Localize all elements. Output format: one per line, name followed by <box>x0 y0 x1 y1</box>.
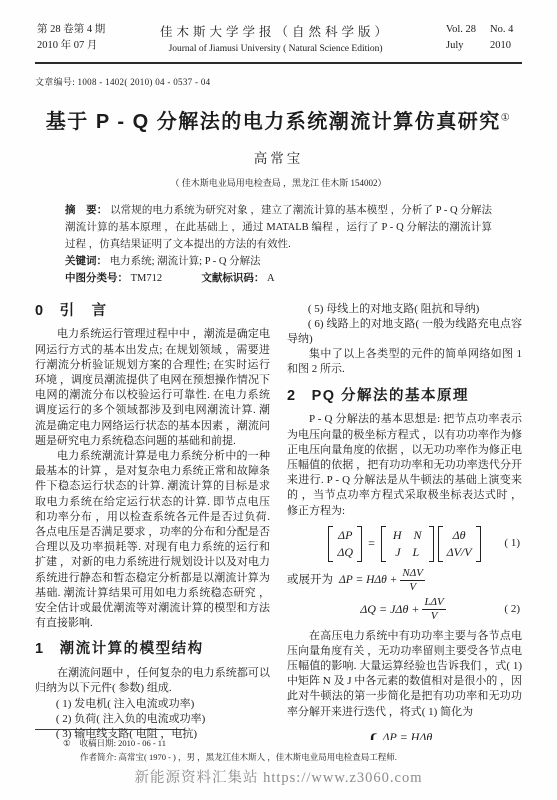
doc-code-label: 文献标识码： <box>201 272 264 284</box>
footnote-received-row: ① 收稿日期: 2010 - 06 - 11 <box>35 737 522 751</box>
title-footnote-mark: ① <box>501 112 511 123</box>
author-name: 高常宝 <box>35 147 522 167</box>
journal-name-en: Journal of Jiamusi University ( Natural … <box>111 44 440 54</box>
section-1-heading: 1 潮流计算的模型结构 <box>35 640 270 659</box>
section-2-number: 2 <box>287 387 297 406</box>
right-column: ( 5) 母线上的对地支路( 阻抗和导纳) ( 6) 线路上的对地支路( 一般为… <box>287 302 522 740</box>
author-affiliation: （ 佳木斯电业局用电检查局 ，黑龙江 佳木斯 154002） <box>35 176 522 189</box>
right-bracket <box>476 526 481 562</box>
eq1-matrix-n: N <box>414 528 422 543</box>
section-2-paragraph-1: P - Q 分解法的基本思想是: 把节点功率表示为电压向量的极坐标方程式 ，以有… <box>287 412 522 518</box>
eq1-lhs-vector: ΔP ΔQ <box>328 526 362 562</box>
journal-name-cn: 佳木斯大学学报（自然科学版） <box>111 22 440 40</box>
eq2-lhs-2: ΔQ = JΔθ + <box>360 602 419 617</box>
eq1-jacobian-matrix: H N J L <box>381 526 434 562</box>
article-number: 文章编号: 1008 - 1402( 2010) 04 - 0537 - 04 <box>35 75 522 88</box>
equation-2-number: ( 2) <box>504 603 520 617</box>
footnote-divider <box>35 729 185 730</box>
component-item-2: ( 2) 负荷( 注入负的电流或功率) <box>35 712 270 727</box>
left-column: 0 引 言 电力系统运行管理过程中中 ，潮流是确定电网运行方式的基本出发点; 在… <box>35 302 270 740</box>
section-2-title: PQ 分解法的基本原理 <box>312 387 469 406</box>
abstract-block: 摘 要： 以常规的电力系统为研究对象 ，建立了潮流计算的基本模型 ，分析了 P … <box>65 202 492 287</box>
volume-en: Vol. 28 <box>446 22 476 38</box>
eq2-fraction-2: LΔV V <box>422 596 445 623</box>
eq1-equals: = <box>368 536 375 551</box>
component-item-6: ( 6) 线路上的对地支路( 一般为线路充电点容导纳) <box>287 317 522 347</box>
eq1-delta-q: ΔQ <box>337 545 353 560</box>
issue-info-en: Vol. 28 No. 4 July 2010 <box>446 22 520 55</box>
eq2-frac2-denominator: V <box>422 610 445 623</box>
keywords-row: 关键词： 电力系统; 潮流计算; P - Q 分解法 <box>65 253 492 270</box>
section-2-paragraph-2: 在高压电力系统中有功功率主要与各节点电压向量角度有关 ，无功功率留则主要受各节点… <box>287 629 522 720</box>
clc-label: 中图分类号： <box>65 272 128 284</box>
article-title-text: 基于 P - Q 分解法的电力系统潮流计算仿真研究 <box>46 111 501 133</box>
section-0-paragraph-1: 电力系统运行管理过程中中 ，潮流是确定电网运行方式的基本出发点; 在规划领域 ，… <box>35 327 270 449</box>
section-0-heading: 0 引 言 <box>35 302 270 321</box>
section-1-paragraph-2: 集中了以上各类型的元件的简单网络如图 1 和图 2 所示. <box>287 347 522 377</box>
eq2-frac1-denominator: V <box>400 581 425 594</box>
right-bracket <box>357 526 362 562</box>
footnote-mark: ① <box>63 737 71 751</box>
keywords-label: 关键词： <box>65 255 107 267</box>
keywords-text: 电力系统; 潮流计算; P - Q 分解法 <box>110 256 261 267</box>
eq2-lhs-1: ΔP = HΔθ + <box>339 573 397 588</box>
section-0-paragraph-2: 电力系统潮流计算是电力系统分析中的一种最基本的计算 ，是对复杂电力系统正常和故障… <box>35 449 270 631</box>
eq1-delta-v: ΔV/V <box>447 545 472 560</box>
eq2-frac1-numerator: NΔV <box>400 567 425 581</box>
journal-masthead: 第 28 卷第 4 期 2010 年 07 月 佳木斯大学学报（自然科学版） J… <box>35 22 522 64</box>
month-en: July <box>446 38 476 54</box>
equation-1: ΔP ΔQ = H N J L <box>287 526 522 562</box>
equation-1-number: ( 1) <box>504 537 520 551</box>
section-0-title: 引 言 <box>60 302 108 321</box>
classification-row: 中图分类号： TM712 文献标识码： A <box>65 270 492 287</box>
issue-info-cn: 第 28 卷第 4 期 2010 年 07 月 <box>37 22 105 55</box>
eq2-prefix: 或展开为 <box>287 573 333 588</box>
doc-code-value: A <box>267 273 275 284</box>
eq1-delta-p: ΔP <box>338 528 352 543</box>
equation-2-line-2: ΔQ = JΔθ + LΔV V ( 2) <box>287 596 522 623</box>
author-bio: 作者简介: 高常宝( 1970 - ) ，男 ，黑龙江佳木斯人 ，佳木斯电业局用… <box>35 751 522 765</box>
component-item-1: ( 1) 发电机( 注入电流或功率) <box>35 697 270 712</box>
issue-volume-cn: 第 28 卷第 4 期 <box>37 22 105 38</box>
eq1-delta-theta: Δθ <box>453 528 466 543</box>
journal-name: 佳木斯大学学报（自然科学版） Journal of Jiamusi Univer… <box>105 22 446 54</box>
received-date: 收稿日期: 2010 - 06 - 11 <box>80 737 166 751</box>
abstract-row: 摘 要： 以常规的电力系统为研究对象 ，建立了潮流计算的基本模型 ，分析了 P … <box>65 202 492 253</box>
section-1-title: 潮流计算的模型结构 <box>60 640 204 659</box>
article-title: 基于 P - Q 分解法的电力系统潮流计算仿真研究① <box>35 105 522 134</box>
number-en: No. 4 <box>490 22 520 38</box>
section-0-number: 0 <box>35 302 45 321</box>
abstract-text: 以常规的电力系统为研究对象 ，建立了潮流计算的基本模型 ，分析了 P - Q 分… <box>65 205 492 250</box>
right-bracket <box>429 526 434 562</box>
year-en: 2010 <box>490 38 520 54</box>
section-2-heading: 2 PQ 分解法的基本原理 <box>287 387 522 406</box>
watermark-text: 新能源资料汇集站 https://www.z3060.com <box>0 766 557 787</box>
eq2-fraction-1: NΔV V <box>400 567 425 594</box>
issue-date-cn: 2010 年 07 月 <box>37 38 105 54</box>
eq1-matrix-j: J <box>395 545 400 560</box>
footnote-block: ① 收稿日期: 2010 - 06 - 11 作者简介: 高常宝( 1970 -… <box>35 729 522 764</box>
equation-2-line-1: 或展开为 ΔP = HΔθ + NΔV V <box>287 567 522 594</box>
eq1-rhs-vector: Δθ ΔV/V <box>438 526 481 562</box>
section-1-paragraph-1: 在潮流问题中 ，任何复杂的电力系统都可以归纳为以下元件( 参数) 组成. <box>35 666 270 696</box>
abstract-label: 摘 要： <box>65 204 107 216</box>
eq2-frac2-numerator: LΔV <box>422 596 445 610</box>
journal-page: 第 28 卷第 4 期 2010 年 07 月 佳木斯大学学报（自然科学版） J… <box>0 0 557 800</box>
clc-value: TM712 <box>131 273 163 284</box>
eq1-matrix-h: H <box>393 528 402 543</box>
section-1-number: 1 <box>35 640 45 659</box>
article-body: 0 引 言 电力系统运行管理过程中中 ，潮流是确定电网运行方式的基本出发点; 在… <box>35 302 522 740</box>
component-item-5: ( 5) 母线上的对地支路( 阻抗和导纳) <box>287 302 522 317</box>
eq1-matrix-l: L <box>413 545 420 560</box>
